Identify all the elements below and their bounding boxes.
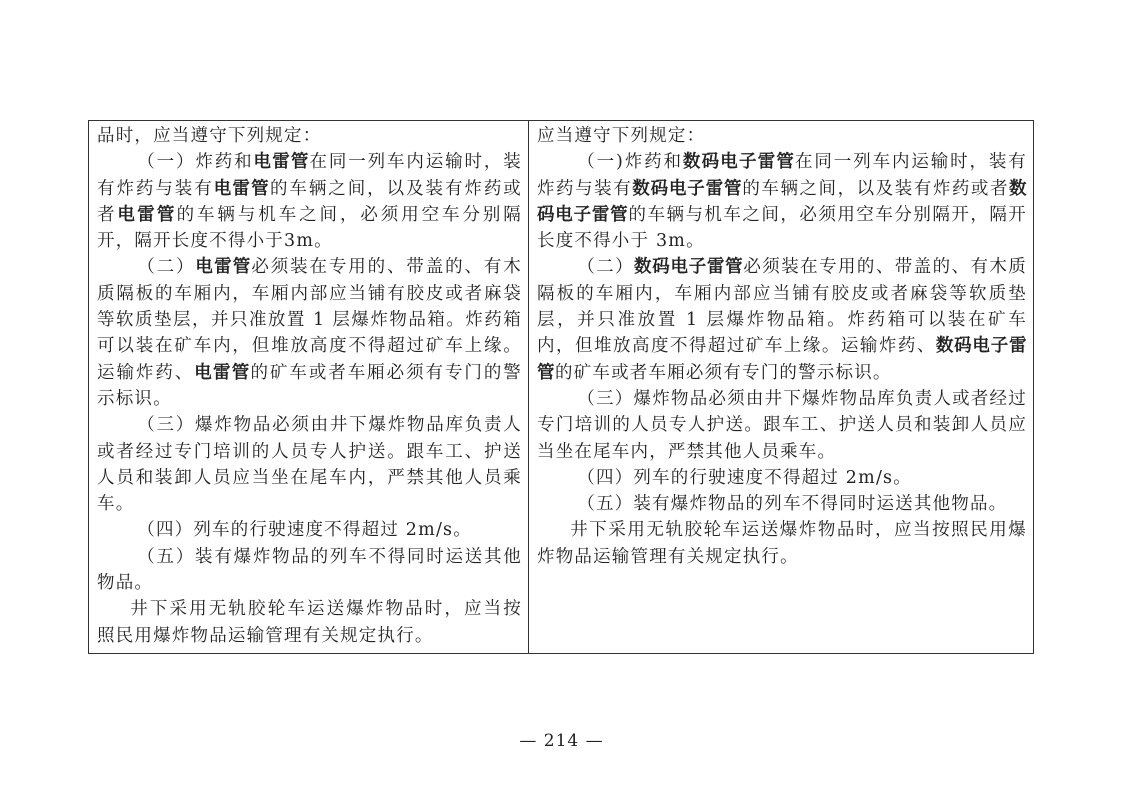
clause-text: 的矿车或者车厢必须有专门的警示标识。: [555, 363, 892, 383]
clause-text: 品时，应当遵守下列规定：: [97, 126, 321, 146]
highlighted-term: 数码电子雷管: [634, 257, 743, 277]
clause-paragraph: （四）列车的行驶速度不得超过 2m/s。: [97, 517, 522, 543]
clause-paragraph: （五）装有爆炸物品的列车不得同时运送其他物品。: [537, 491, 1027, 517]
clause-paragraph: 品时，应当遵守下列规定：: [97, 123, 522, 149]
clause-text: （三）爆炸物品必须由井下爆炸物品库负责人或者经过专门培训的人员专人护送。跟车工、…: [97, 415, 522, 514]
right-column-revised-text: 应当遵守下列规定：（一)炸药和数码电子雷管在同一列车内运输时，装有炸药与装有数码…: [529, 121, 1033, 653]
clause-text: 井下采用无轨胶轮车运送爆炸物品时，应当按照民用爆炸物品运输管理有关规定执行。: [537, 520, 1027, 566]
highlighted-term: 电雷管: [195, 257, 251, 277]
highlighted-term: 数码电子雷管: [683, 152, 795, 172]
clause-text: （四）列车的行驶速度不得超过 2m/s。: [137, 520, 472, 540]
clause-paragraph: （三）爆炸物品必须由井下爆炸物品库负责人或者经过专门培训的人员专人护送。跟车工、…: [97, 412, 522, 517]
clause-paragraph: 应当遵守下列规定：: [537, 123, 1027, 149]
highlighted-term: 电雷管: [254, 152, 310, 172]
clause-paragraph: （一）炸药和电雷管在同一列车内运输时，装有炸药与装有电雷管的车辆之间，以及装有炸…: [97, 149, 522, 254]
left-column-original-text: 品时，应当遵守下列规定：（一）炸药和电雷管在同一列车内运输时，装有炸药与装有电雷…: [89, 121, 529, 653]
clause-text: （二）: [577, 257, 634, 277]
clause-text: （一)炸药和: [577, 152, 683, 172]
clause-text: 井下采用无轨胶轮车运送爆炸物品时，应当按照民用爆炸物品运输管理有关规定执行。: [97, 599, 522, 645]
clause-text: 应当遵守下列规定：: [537, 126, 705, 146]
clause-text: （三）爆炸物品必须由井下爆炸物品库负责人或者经过专门培训的人员专人护送。跟车工、…: [537, 389, 1027, 462]
clause-paragraph: （二）数码电子雷管必须装在专用的、带盖的、有木质隔板的车厢内，车厢内部应当铺有胶…: [537, 254, 1027, 385]
page-number: — 214 —: [0, 731, 1123, 751]
comparison-table: 品时，应当遵守下列规定：（一）炸药和电雷管在同一列车内运输时，装有炸药与装有电雷…: [88, 120, 1034, 654]
clause-paragraph: 井下采用无轨胶轮车运送爆炸物品时，应当按照民用爆炸物品运输管理有关规定执行。: [537, 517, 1027, 570]
clause-text: 的车辆之间，以及装有炸药或者: [742, 179, 1009, 199]
clause-paragraph: （五）装有爆炸物品的列车不得同时运送其他物品。: [97, 544, 522, 597]
clause-text: （一）炸药和: [137, 152, 253, 172]
clause-paragraph: （二）电雷管必须装在专用的、带盖的、有木质隔板的车厢内，车厢内部应当铺有胶皮或者…: [97, 254, 522, 412]
clause-paragraph: （一)炸药和数码电子雷管在同一列车内运输时，装有炸药与装有数码电子雷管的车辆之间…: [537, 149, 1027, 254]
clause-text: （二）: [137, 257, 195, 277]
highlighted-term: 电雷管: [194, 363, 250, 383]
clause-paragraph: （三）爆炸物品必须由井下爆炸物品库负责人或者经过专门培训的人员专人护送。跟车工、…: [537, 386, 1027, 465]
highlighted-term: 电雷管: [214, 179, 270, 199]
clause-paragraph: （四）列车的行驶速度不得超过 2m/s。: [537, 465, 1027, 491]
clause-paragraph: 井下采用无轨胶轮车运送爆炸物品时，应当按照民用爆炸物品运输管理有关规定执行。: [97, 596, 522, 649]
highlighted-term: 电雷管: [117, 205, 176, 225]
clause-text: （四）列车的行驶速度不得超过 2m/s。: [577, 468, 912, 488]
highlighted-term: 数码电子雷管: [632, 179, 742, 199]
clause-text: （五）装有爆炸物品的列车不得同时运送其他物品。: [577, 494, 1007, 514]
clause-text: （五）装有爆炸物品的列车不得同时运送其他物品。: [97, 547, 522, 593]
